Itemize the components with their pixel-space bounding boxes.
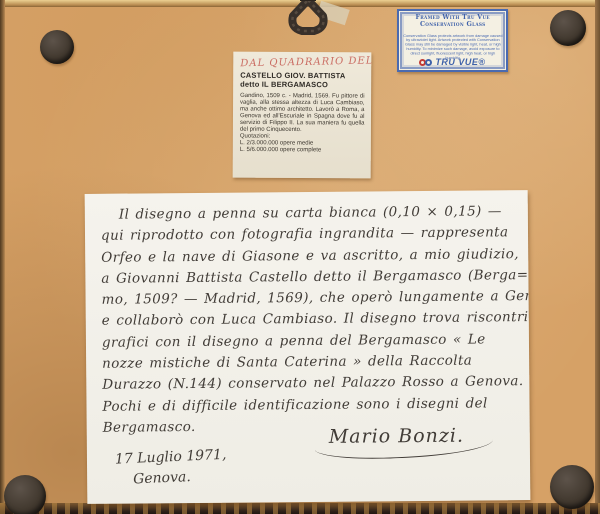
typed-artist-label: DAL QUADRARIO DEL 1975 CASTELLO GIOV. BA… [233, 52, 372, 179]
framed-artwork-back-photo: DAL QUADRARIO DEL 1975 CASTELLO GIOV. BA… [0, 0, 600, 514]
handwritten-note-paper: Il disegno a penna su carta bianca (0,10… [85, 190, 531, 504]
note-line: Pochi e di difficile identificazione son… [102, 393, 521, 418]
truvue-title-line2: Conservation Glass [402, 22, 502, 29]
note-line: qui riprodotto con fotografia ingrandita… [101, 222, 520, 247]
felt-pad-bottom-right [550, 465, 594, 509]
signature-flourish [315, 429, 494, 461]
felt-pad-top-right [550, 10, 586, 46]
frame-left-edge [0, 0, 5, 514]
felt-pad-bottom-left [4, 475, 46, 514]
truvue-glasses-icon [419, 59, 432, 66]
note-place: Genova. [133, 469, 191, 487]
artist-alias: detto IL BERGAMASCO [240, 80, 364, 90]
truvue-brand-name: TRU VUE® [435, 57, 485, 67]
artist-biography: Gandino, 1509 c. - Madrid, 1569. Fu pitt… [240, 92, 365, 133]
felt-pad-top-left [40, 30, 74, 64]
quotation-line: L. 5/6.000.000 opere complete [240, 146, 365, 153]
hanging-ring [276, 0, 340, 40]
note-date: 17 Luglio 1971, [115, 447, 227, 468]
truvue-conservation-label: Framed With Tru Vue Conservation Glass C… [397, 9, 508, 72]
frame-right-edge [595, 0, 600, 514]
red-ink-stamp: DAL QUADRARIO DEL 1975 [240, 56, 364, 70]
frame-bottom-edge [0, 503, 600, 514]
